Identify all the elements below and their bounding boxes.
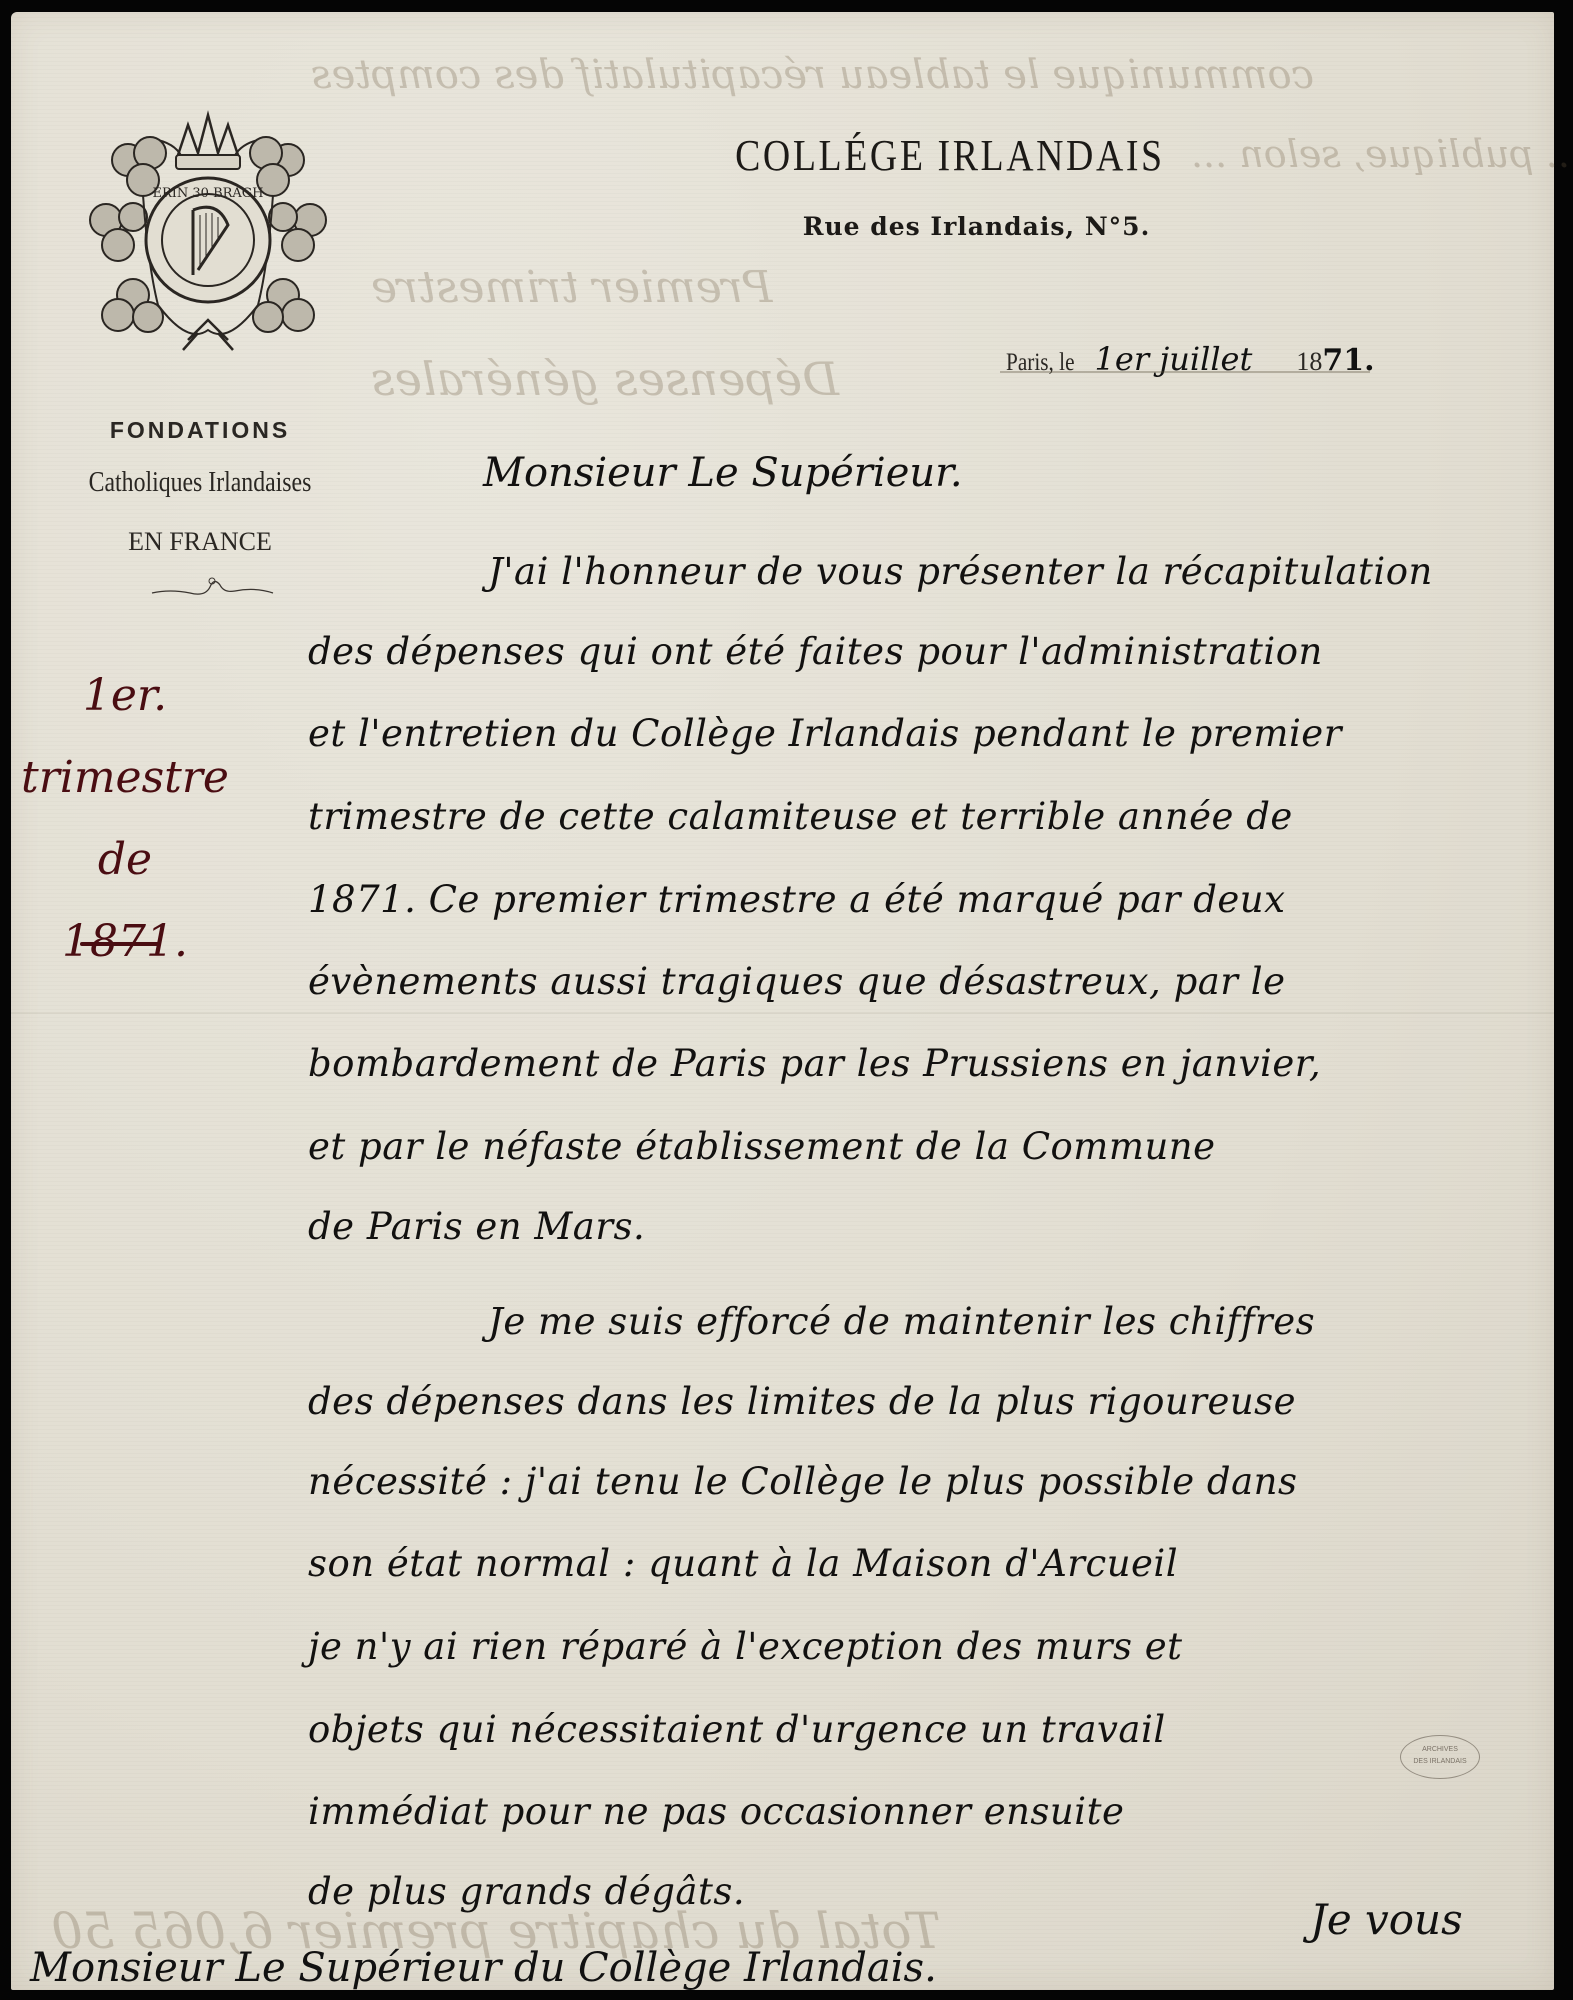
body-line: et par le néfaste établissement de la Co… (308, 1125, 1216, 1168)
margin-note-line: de (20, 819, 230, 901)
body-line: J'ai l'honneur de vous présenter la réca… (488, 550, 1433, 593)
stamp-line: ARCHIVES (1401, 1744, 1479, 1756)
margin-note-underline (80, 942, 160, 946)
margin-note: 1er. trimestre de 1871. (20, 655, 230, 983)
date-underline (1000, 371, 1370, 373)
body-line: des dépenses qui ont été faites pour l'a… (308, 630, 1323, 673)
body-line: évènements aussi tragiques que désastreu… (308, 960, 1286, 1003)
addressee-line: Monsieur Le Supérieur du Collège Irlanda… (30, 1945, 937, 1991)
ornament-flourish-icon (150, 573, 275, 603)
letterhead-address: Rue des Irlandais, N°5. (0, 212, 1573, 241)
archive-stamp: ARCHIVES DES IRLANDAIS (1400, 1735, 1480, 1779)
body-line: de Paris en Mars. (308, 1205, 645, 1248)
body-line: trimestre de cette calamiteuse et terrib… (308, 795, 1293, 838)
body-line: bombardement de Paris par les Prussiens … (308, 1042, 1321, 1085)
svg-text:ERIN 30 BRAGH: ERIN 30 BRAGH (152, 186, 263, 201)
paper-fold (11, 1012, 1554, 1014)
body-line: Je me suis efforcé de maintenir les chif… (488, 1300, 1315, 1343)
body-line: objets qui nécessitaient d'urgence un tr… (308, 1708, 1166, 1751)
body-line: je n'y ai rien réparé à l'exception des … (308, 1625, 1183, 1668)
body-line: son état normal : quant à la Maison d'Ar… (308, 1542, 1178, 1585)
body-line: des dépenses dans les limites de la plus… (308, 1380, 1296, 1423)
foundation-heading: FONDATIONS (60, 417, 340, 444)
foundation-subheading: Catholiques Irlandaises (81, 467, 319, 499)
bleed-through-text: Dépenses générales (371, 352, 839, 406)
salutation: Monsieur Le Supérieur. (483, 450, 963, 496)
letterhead-title: COLLÉGE IRLANDAIS (110, 130, 1463, 181)
body-line: 1871. Ce premier trimestre a été marqué … (308, 878, 1285, 921)
bleed-through-text: Premier trimestre (371, 262, 772, 313)
body-line: et l'entretien du Collège Irlandais pend… (308, 712, 1342, 755)
body-line: nécessité : j'ai tenu le Collège le plus… (308, 1460, 1297, 1503)
margin-note-line: 1er. (20, 655, 230, 737)
margin-note-line: trimestre (20, 737, 230, 819)
closing-text: Je vous (1310, 1895, 1463, 1944)
foundation-country: EN FRANCE (60, 527, 340, 557)
body-line: immédiat pour ne pas occasionner ensuite (308, 1790, 1124, 1833)
bleed-through-text: communique le tableau récapitulatif des … (311, 52, 1314, 98)
stamp-line: DES IRLANDAIS (1401, 1756, 1479, 1768)
body-line: de plus grands dégâts. (308, 1870, 745, 1913)
